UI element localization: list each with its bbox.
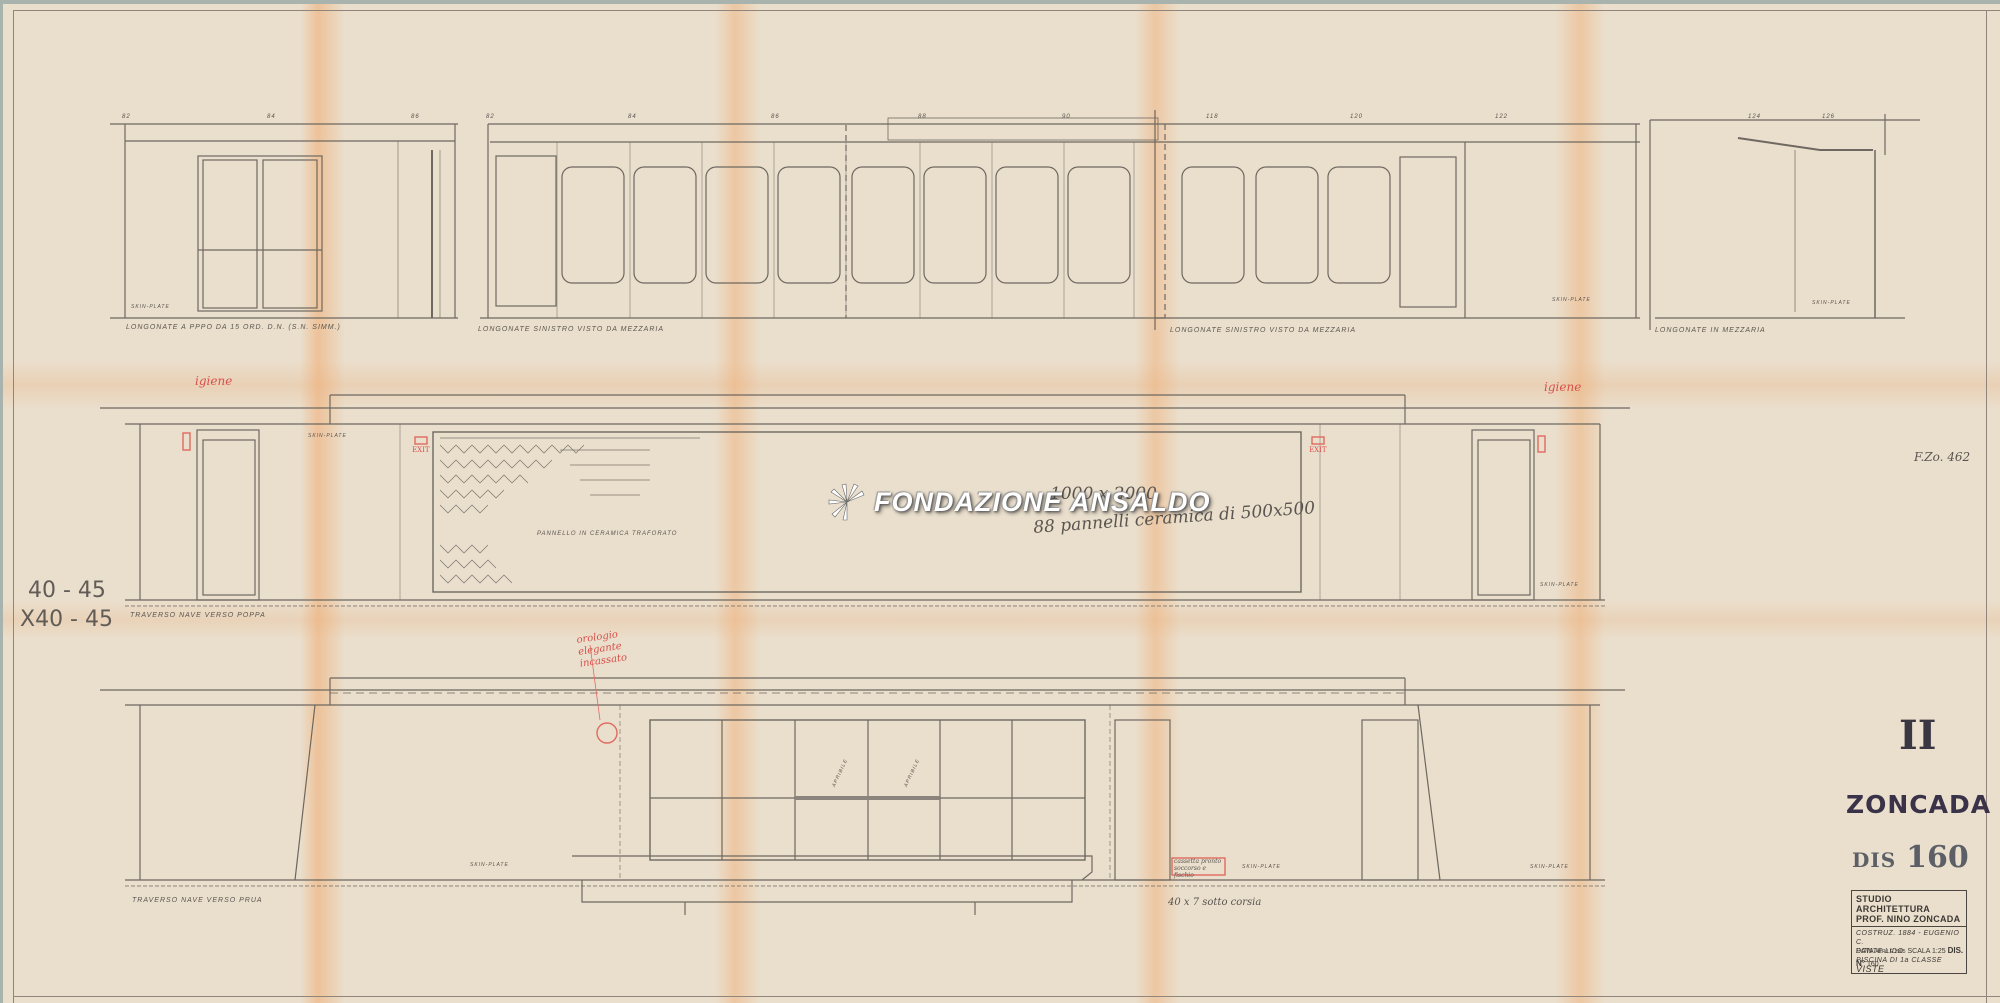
- archive-code: F.Zo. 462: [1914, 450, 1970, 464]
- frame-number: 124: [1748, 114, 1761, 120]
- frame-number: 82: [122, 114, 131, 120]
- red-note-exit-left: EXIT: [412, 446, 430, 454]
- drawing-number: 160: [1906, 840, 1969, 875]
- sheet-numeral: II: [1899, 712, 1936, 759]
- frame-number: 120: [1350, 114, 1363, 120]
- title-block-footer: DATA APRILE 1965 SCALA 1:25 DIS. N° 160: [1852, 945, 1966, 971]
- row3-elevation: [100, 678, 1625, 915]
- red-note-first-aid: cassetta pronto soccorso e fischio: [1174, 858, 1226, 879]
- row1-skin-plate-label: SKIN-PLATE: [131, 304, 170, 310]
- drawing-number-stamp: DIS160: [1852, 840, 1969, 875]
- dis-number-value: 160: [1867, 961, 1879, 968]
- margin-note-line1: 40 - 45: [28, 578, 106, 603]
- red-note-igiene-left: igiene: [195, 374, 232, 388]
- ceramic-panel-label: PANNELLO IN CERAMICA TRAFORATO: [537, 531, 677, 537]
- row3-caption: TRAVERSO NAVE VERSO PRUA: [132, 897, 263, 904]
- handwritten-corsia-note: 40 x 7 sotto corsia: [1168, 897, 1261, 908]
- frame-number: 88: [918, 114, 927, 120]
- frame-number: 126: [1822, 114, 1835, 120]
- red-note-exit-right: EXIT: [1309, 446, 1327, 454]
- row1-view1-elevation: [110, 124, 458, 318]
- row2-skin-plate-label: SKIN-PLATE: [308, 433, 347, 439]
- ceramic-panel-pattern: [440, 438, 700, 583]
- frame-number: 122: [1495, 114, 1508, 120]
- row1-view4-elevation: [1650, 114, 1920, 330]
- drawing-label: DIS: [1852, 848, 1896, 872]
- title-block-header: STUDIO ARCHITETTURA PROF. NINO ZONCADA: [1852, 891, 1966, 927]
- frame-number: 118: [1206, 114, 1219, 120]
- margin-note-line2: X40 - 45: [20, 607, 113, 632]
- scale-label: SCALA: [1907, 948, 1930, 955]
- row1-view2-elevation: [480, 118, 1165, 318]
- frame-number: 84: [628, 114, 637, 120]
- row1-skin-plate-label: SKIN-PLATE: [1812, 300, 1851, 306]
- row3-skin-plate-label: SKIN-PLATE: [1530, 864, 1569, 870]
- studio-name: STUDIO ARCHITETTURA: [1856, 894, 1963, 914]
- frame-number: 84: [267, 114, 276, 120]
- row2-skin-plate-label: SKIN-PLATE: [1540, 582, 1579, 588]
- row1-view2-caption: LONGONATE SINISTRO VISTO DA MEZZARIA: [478, 326, 664, 333]
- frame-number: 90: [1062, 114, 1071, 120]
- row2-caption: TRAVERSO NAVE VERSO POPPA: [130, 612, 266, 619]
- frame-number: 86: [771, 114, 780, 120]
- row3-skin-plate-label: SKIN-PLATE: [470, 862, 509, 868]
- author-stamp: ZONCADA: [1846, 790, 1991, 819]
- professor-name: PROF. NINO ZONCADA: [1856, 914, 1963, 924]
- frame-number: 86: [411, 114, 420, 120]
- frame-number: 82: [486, 114, 495, 120]
- title-block: STUDIO ARCHITETTURA PROF. NINO ZONCADA C…: [1851, 890, 1967, 974]
- construction-line: COSTRUZ. 1884 - EUGENIO C.: [1852, 927, 1966, 947]
- scale-value: 1:25: [1932, 948, 1946, 955]
- ansaldo-sunburst-icon: [828, 483, 866, 521]
- date-value: APRILE 1965: [1875, 949, 1905, 955]
- red-note-igiene-right: igiene: [1544, 380, 1581, 394]
- date-label: DATA: [1856, 948, 1873, 955]
- row1-view4-caption: LONGONATE IN MEZZARIA: [1655, 327, 1766, 334]
- fondazione-ansaldo-watermark: FONDAZIONE ANSALDO: [828, 480, 1211, 524]
- row1-view1-caption: LONGONATE A PPPO DA 15 ORD. D.N. (S.N. S…: [126, 324, 341, 331]
- watermark-text: FONDAZIONE ANSALDO: [874, 487, 1211, 518]
- row1-view3-caption: LONGONATE SINISTRO VISTO DA MEZZARIA: [1170, 327, 1356, 334]
- row3-skin-plate-label: SKIN-PLATE: [1242, 864, 1281, 870]
- row1-skin-plate-label: SKIN-PLATE: [1552, 297, 1591, 303]
